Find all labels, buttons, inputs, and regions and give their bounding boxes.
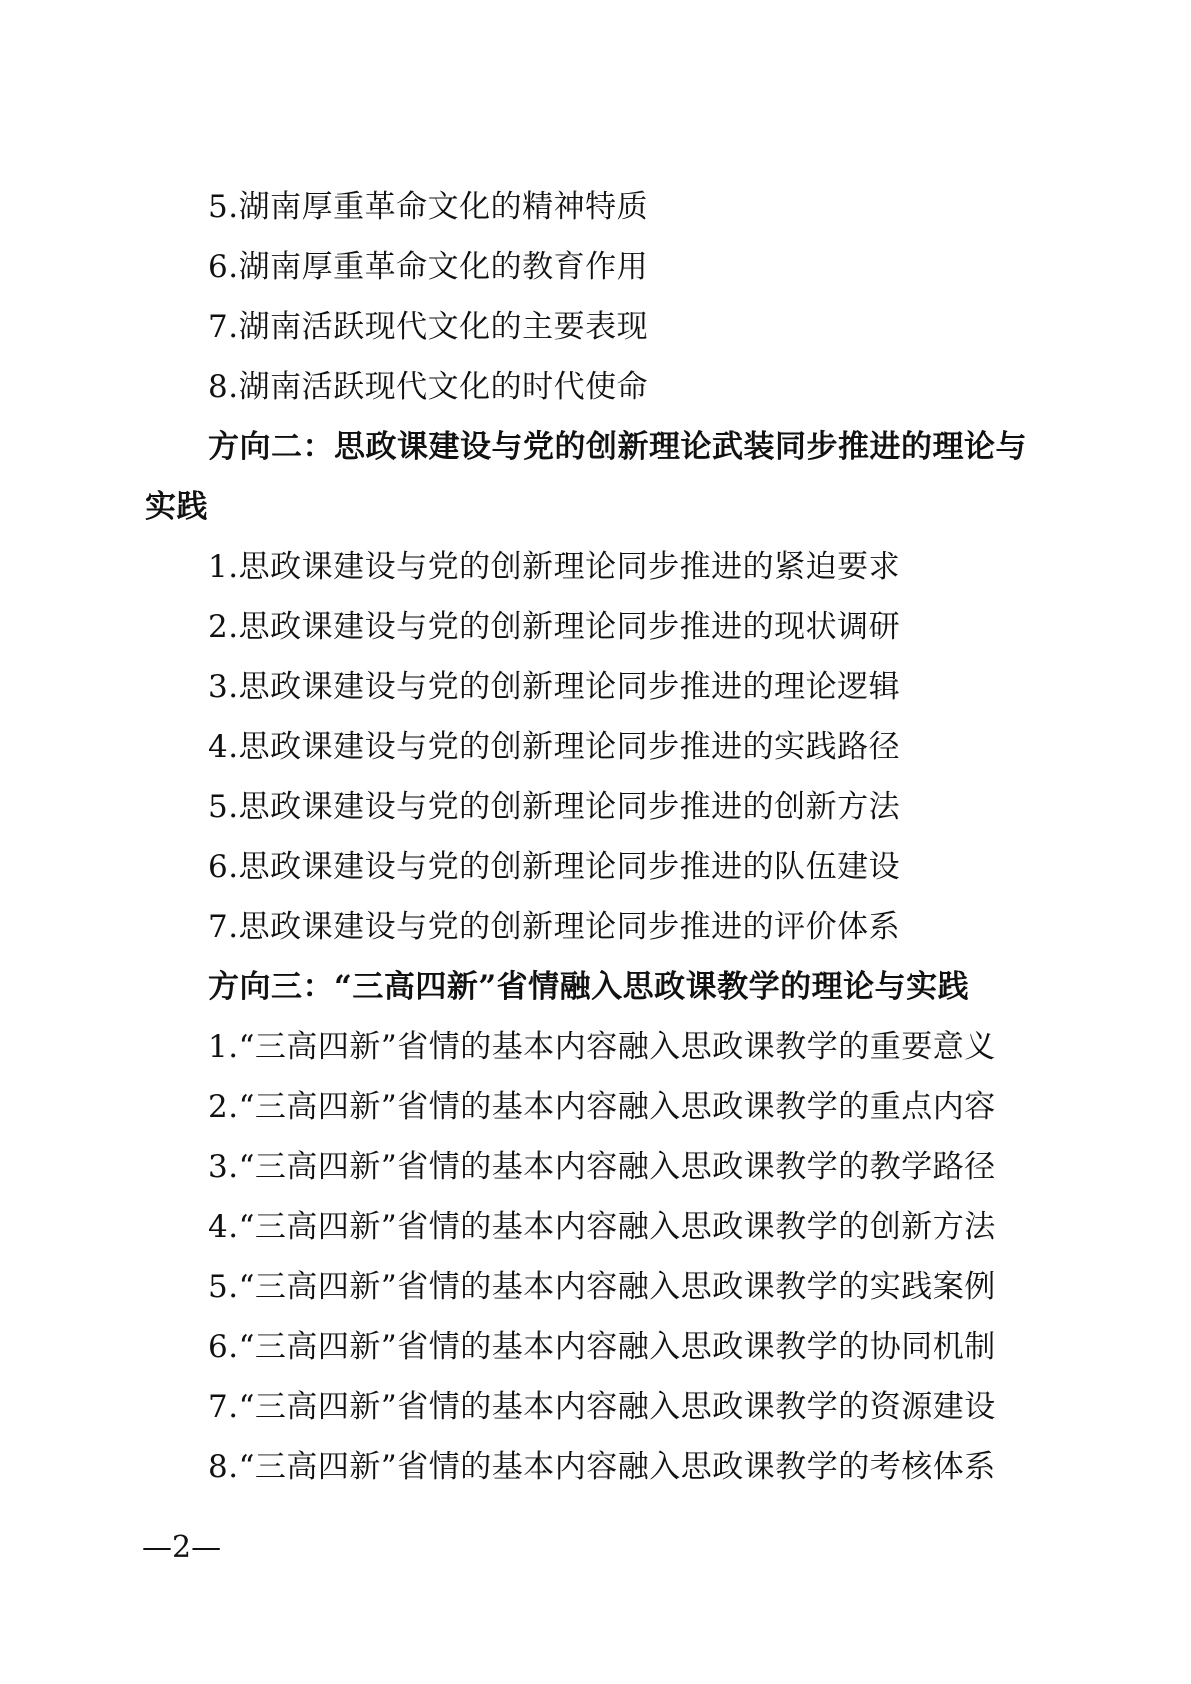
outline-item: 3.“三高四新”省情的基本内容融入思政课教学的教学路径 (145, 1137, 1055, 1197)
outline-item: 5.“三高四新”省情的基本内容融入思政课教学的实践案例 (145, 1257, 1055, 1317)
outline-item: 6.湖南厚重革命文化的教育作用 (145, 237, 1055, 297)
outline-item: 7.思政课建设与党的创新理论同步推进的评价体系 (145, 897, 1055, 957)
outline-item: 1.思政课建设与党的创新理论同步推进的紧迫要求 (145, 537, 1055, 597)
outline-item: 8.“三高四新”省情的基本内容融入思政课教学的考核体系 (145, 1437, 1055, 1497)
outline-item: 2.“三高四新”省情的基本内容融入思政课教学的重点内容 (145, 1077, 1055, 1137)
page-number: —2— (142, 1531, 221, 1565)
document-page: 5.湖南厚重革命文化的精神特质6.湖南厚重革命文化的教育作用7.湖南活跃现代文化… (0, 0, 1191, 1684)
outline-item: 1.“三高四新”省情的基本内容融入思政课教学的重要意义 (145, 1017, 1055, 1077)
section-heading-wrap: 实践 (145, 477, 1055, 537)
section-heading: 方向二：思政课建设与党的创新理论武装同步推进的理论与 (145, 417, 1055, 477)
outline-item: 4.思政课建设与党的创新理论同步推进的实践路径 (145, 717, 1055, 777)
outline-item: 7.湖南活跃现代文化的主要表现 (145, 297, 1055, 357)
outline-item: 8.湖南活跃现代文化的时代使命 (145, 357, 1055, 417)
outline-item: 7.“三高四新”省情的基本内容融入思政课教学的资源建设 (145, 1377, 1055, 1437)
outline-item: 5.思政课建设与党的创新理论同步推进的创新方法 (145, 777, 1055, 837)
section-heading: 方向三：“三高四新”省情融入思政课教学的理论与实践 (145, 957, 1055, 1017)
document-body: 5.湖南厚重革命文化的精神特质6.湖南厚重革命文化的教育作用7.湖南活跃现代文化… (145, 177, 1055, 1497)
outline-item: 6.“三高四新”省情的基本内容融入思政课教学的协同机制 (145, 1317, 1055, 1377)
outline-item: 2.思政课建设与党的创新理论同步推进的现状调研 (145, 597, 1055, 657)
outline-item: 3.思政课建设与党的创新理论同步推进的理论逻辑 (145, 657, 1055, 717)
outline-item: 6.思政课建设与党的创新理论同步推进的队伍建设 (145, 837, 1055, 897)
outline-item: 4.“三高四新”省情的基本内容融入思政课教学的创新方法 (145, 1197, 1055, 1257)
outline-item: 5.湖南厚重革命文化的精神特质 (145, 177, 1055, 237)
